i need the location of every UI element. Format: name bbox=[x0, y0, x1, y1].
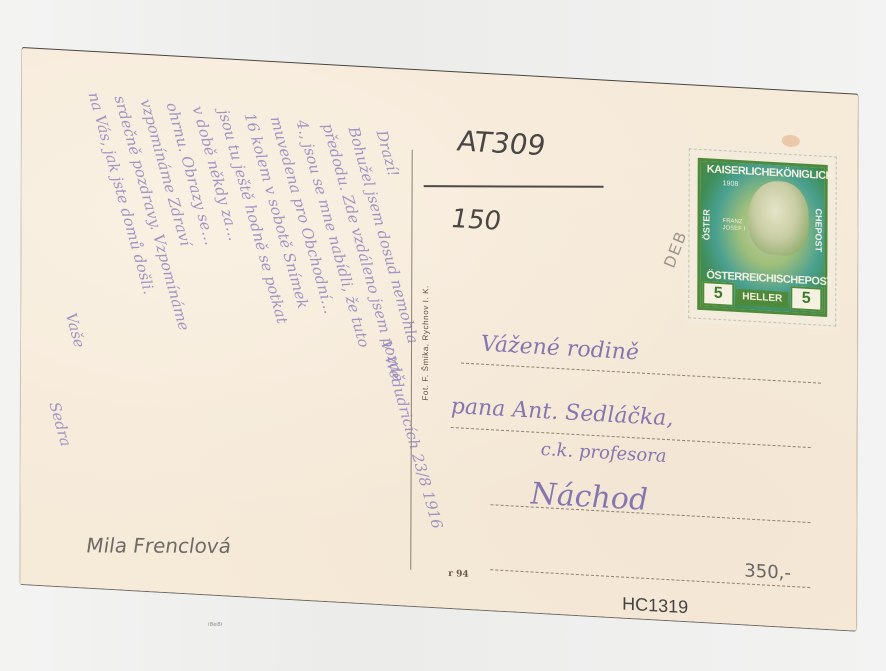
dealer-price: 350,- bbox=[744, 560, 791, 584]
message-closing-sign: Sedra bbox=[45, 400, 75, 448]
publisher-imprint: Fot. F. Šmika, Rychnov I. K. bbox=[421, 285, 430, 401]
pencil-fraction-line bbox=[424, 185, 604, 188]
stamp-currency: HELLER bbox=[736, 289, 788, 308]
postmark-fragment: DEB bbox=[661, 228, 691, 271]
message-salutation: Drazí! bbox=[372, 129, 402, 179]
stamp-design: KAISERLICHEKÖNIGLICH ÖSTER CHEPOST 1908 … bbox=[697, 158, 828, 317]
stamp-left-text: ÖSTER bbox=[701, 181, 713, 268]
stamp-year: 1908 bbox=[723, 180, 739, 188]
dealer-note-denominator: 150 bbox=[451, 204, 501, 237]
message-closing: Vaše bbox=[62, 311, 89, 349]
pencil-signature: Mila Frenclová bbox=[86, 533, 232, 558]
postage-stamp: KAISERLICHEKÖNIGLICH ÖSTER CHEPOST 1908 … bbox=[688, 148, 837, 326]
inventory-code: HC1319 bbox=[622, 594, 688, 619]
foxing-stain bbox=[782, 134, 800, 147]
postcard: Drazí! Bohužel jsem dosud nemohla předod… bbox=[20, 48, 858, 631]
address-name: pana Ant. Sedláčka, bbox=[451, 394, 674, 431]
catalog-number: r 94 bbox=[448, 569, 468, 580]
handwritten-message: Drazí! Bohužel jsem dosud nemohla předod… bbox=[48, 70, 410, 610]
stamp-value-left: 5 bbox=[702, 281, 734, 307]
stamp-value-right: 5 bbox=[790, 286, 822, 312]
address-title: c.k. profesora bbox=[541, 439, 667, 467]
stamp-top-text: KAISERLICHEKÖNIGLICH bbox=[707, 163, 819, 181]
address-line-1 bbox=[461, 363, 821, 384]
stamp-right-text: CHEPOST bbox=[811, 187, 823, 274]
emperor-portrait bbox=[748, 180, 808, 257]
address-recipient: Vážené rodině bbox=[481, 332, 639, 366]
stamp-portrait-caption: FRANZ JOSEF I bbox=[722, 218, 748, 233]
address-city: Náchod bbox=[530, 476, 648, 518]
center-divider bbox=[410, 150, 412, 570]
dealer-note-top: AT309 bbox=[458, 124, 546, 162]
scanner-mark: ᵢ₈ₑ₈ᵢ bbox=[208, 619, 222, 629]
